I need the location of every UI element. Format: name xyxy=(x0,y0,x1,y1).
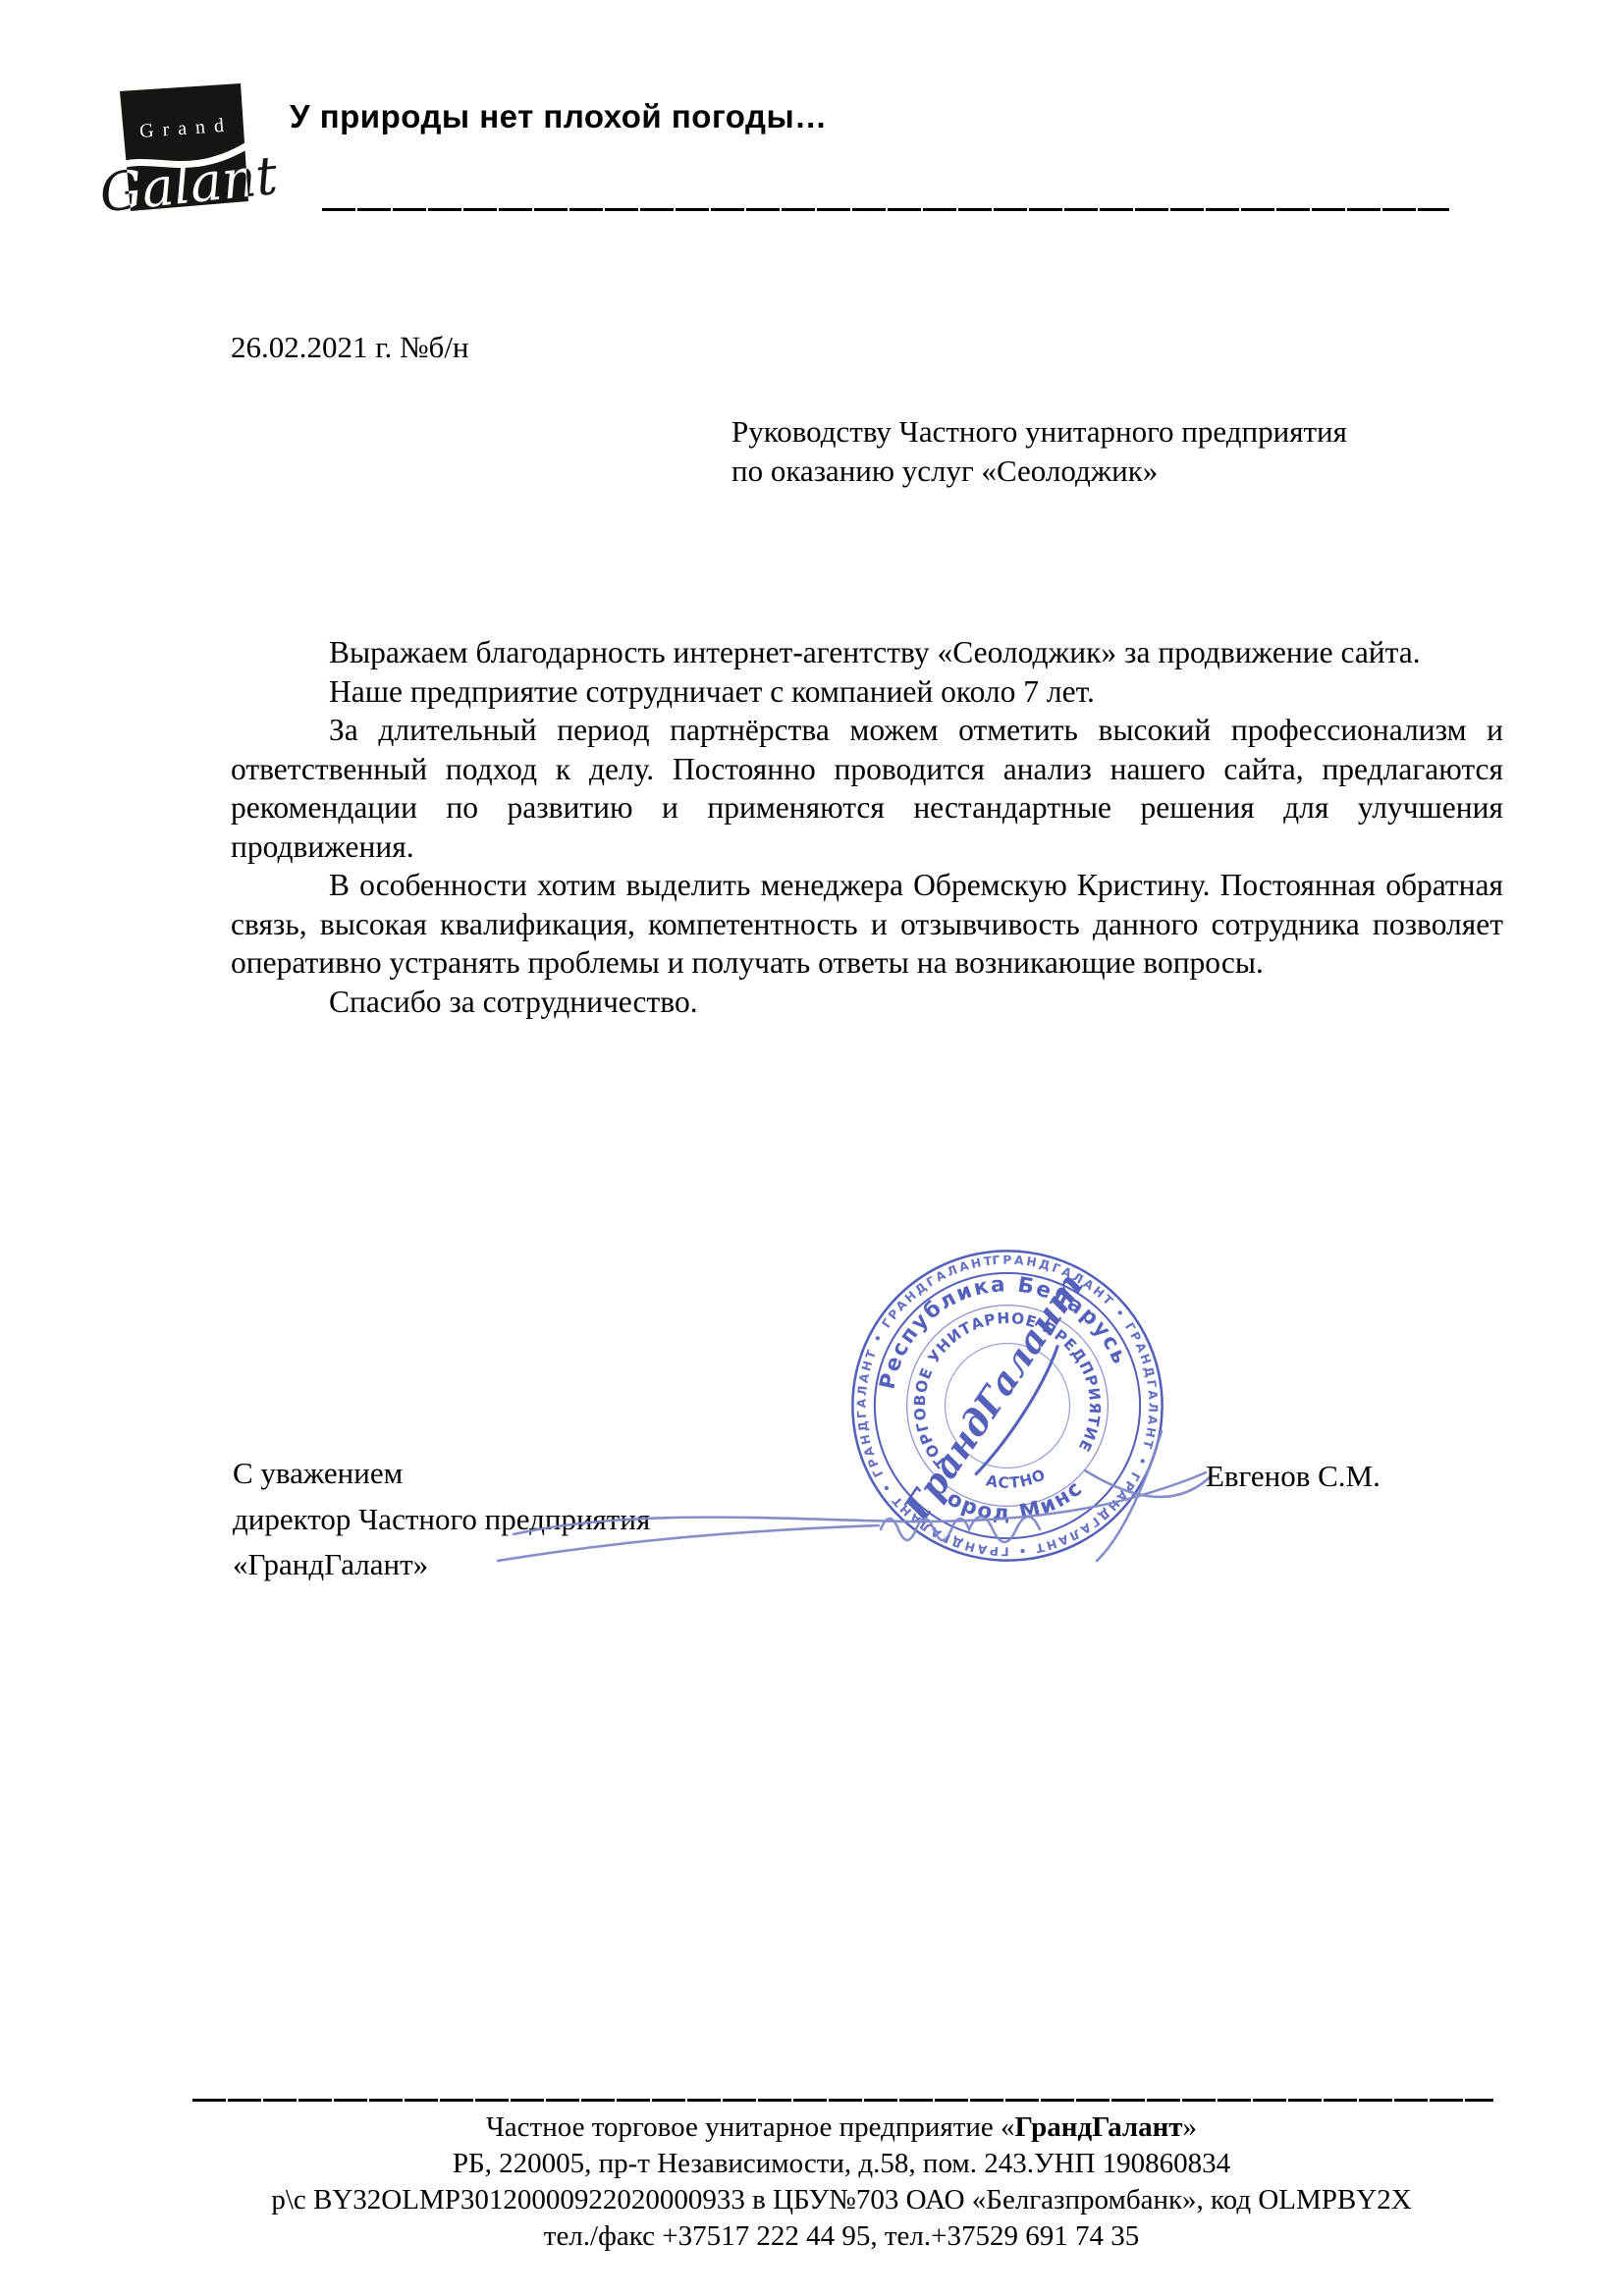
company-logo: Galant Grand Galant xyxy=(98,74,295,231)
footer-company-suffix: » xyxy=(1183,2111,1198,2143)
footer-company-name: ГрандГалант xyxy=(1015,2111,1183,2143)
footer-bank-line: р\с BY32OLMP30120000922020000933 в ЦБУ№7… xyxy=(159,2182,1524,2218)
signer-name: Евгенов С.М. xyxy=(1206,1459,1380,1494)
footer-phone-line: тел./факс +37517 222 44 95, тел.+37529 6… xyxy=(159,2218,1524,2255)
body-paragraph: Выражаем благодарность интернет-агентств… xyxy=(231,633,1503,672)
footer-company-prefix: Частное торговое унитарное предприятие « xyxy=(486,2111,1015,2143)
body-paragraph: В особенности хотим выделить менеджера О… xyxy=(231,866,1503,983)
handwritten-signature xyxy=(486,1402,1237,1598)
header-rule xyxy=(322,208,1449,211)
recipient-line-1: Руководству Частного унитарного предприя… xyxy=(731,412,1347,452)
date-number-line: 26.02.2021 г. №б/н xyxy=(231,330,469,365)
body-paragraph: Наше предприятие сотрудничает с компание… xyxy=(231,672,1503,712)
footer-address-line: РБ, 220005, пр-т Независимости, д.58, по… xyxy=(159,2146,1524,2182)
recipient-block: Руководству Частного унитарного предприя… xyxy=(731,412,1347,491)
footer-block: Частное торговое унитарное предприятие «… xyxy=(159,2109,1524,2255)
footer-rule xyxy=(192,2099,1493,2102)
company-slogan: У природы нет плохой погоды… xyxy=(290,98,1173,135)
body-paragraph: Спасибо за сотрудничество. xyxy=(231,983,1503,1022)
body-paragraph: За длительный период партнёрства можем о… xyxy=(231,711,1503,866)
letter-body: Выражаем благодарность интернет-агентств… xyxy=(231,633,1503,1021)
signature-stroke-lower xyxy=(498,1525,879,1561)
recipient-line-2: по оказанию услуг «Сеолоджик» xyxy=(731,452,1347,491)
letter-page: Galant Grand Galant У природы нет плохой… xyxy=(0,0,1624,2296)
footer-company-line: Частное торговое унитарное предприятие «… xyxy=(159,2109,1524,2146)
